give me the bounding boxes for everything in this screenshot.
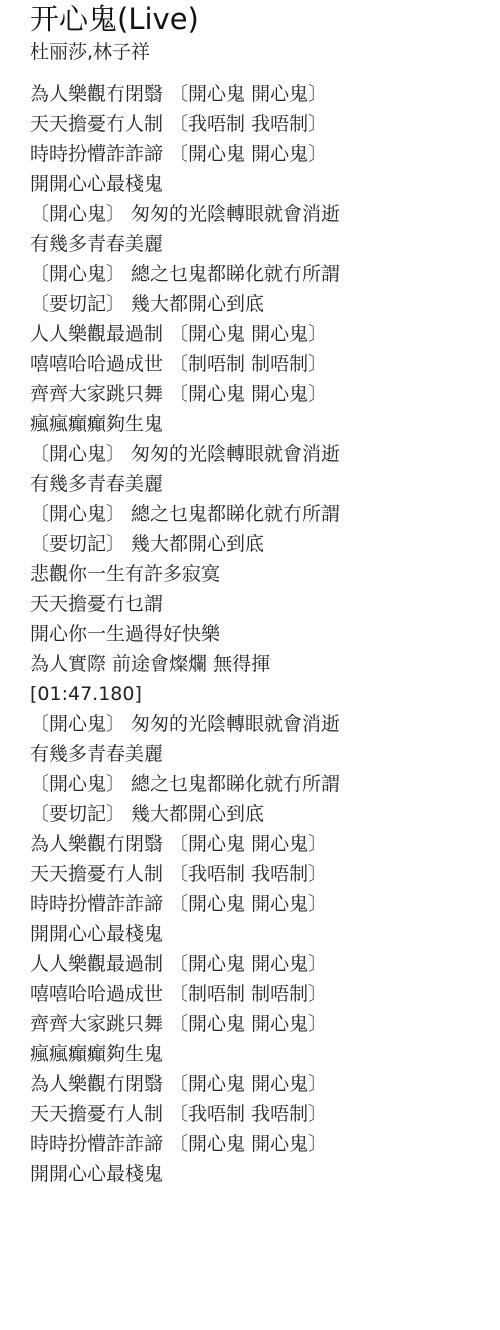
lyric-line: 為人樂觀冇閉翳 〔開心鬼 開心鬼〕	[30, 79, 340, 109]
lyric-line: 時時扮懵詐詐諦 〔開心鬼 開心鬼〕	[30, 1129, 340, 1159]
lyric-line: 嘻嘻哈哈過成世 〔制唔制 制唔制〕	[30, 979, 340, 1009]
lyric-line: 為人實際 前途會燦爛 無得揮	[30, 649, 340, 679]
lyric-line: 為人樂觀冇閉翳 〔開心鬼 開心鬼〕	[30, 829, 340, 859]
lyric-line: 人人樂觀最過制 〔開心鬼 開心鬼〕	[30, 949, 340, 979]
lyric-line: 人人樂觀最過制 〔開心鬼 開心鬼〕	[30, 319, 340, 349]
lyric-line: 嘻嘻哈哈過成世 〔制唔制 制唔制〕	[30, 349, 340, 379]
lyric-line: 為人樂觀冇閉翳 〔開心鬼 開心鬼〕	[30, 1069, 340, 1099]
lyric-line: 〔要切記〕 幾大都開心到底	[30, 799, 340, 829]
song-artist: 杜丽莎,林子祥	[30, 39, 150, 65]
lyric-timestamp: [01:47.180]	[30, 679, 340, 709]
lyric-line: 齊齊大家跳只舞 〔開心鬼 開心鬼〕	[30, 1009, 340, 1039]
lyric-line: 〔要切記〕 幾大都開心到底	[30, 529, 340, 559]
lyric-line: 〔開心鬼〕 匆匆的光陰轉眼就會消逝	[30, 199, 340, 229]
lyric-line: 瘋瘋癲癲夠生鬼	[30, 409, 340, 439]
lyric-line: 有幾多青春美麗	[30, 739, 340, 769]
lyric-line: 開開心心最棧鬼	[30, 1159, 340, 1189]
lyric-line: 〔要切記〕 幾大都開心到底	[30, 289, 340, 319]
lyric-line: 〔開心鬼〕 匆匆的光陰轉眼就會消逝	[30, 709, 340, 739]
lyric-line: 〔開心鬼〕 總之乜鬼都睇化就冇所謂	[30, 769, 340, 799]
song-title: 开心鬼(Live)	[30, 0, 199, 38]
lyric-line: 悲觀你一生有許多寂寞	[30, 559, 340, 589]
lyric-line: 有幾多青春美麗	[30, 229, 340, 259]
lyric-line: 〔開心鬼〕 總之乜鬼都睇化就冇所謂	[30, 259, 340, 289]
lyric-line: 開開心心最棧鬼	[30, 169, 340, 199]
lyric-line: 〔開心鬼〕 匆匆的光陰轉眼就會消逝	[30, 439, 340, 469]
lyric-line: 開開心心最棧鬼	[30, 919, 340, 949]
lyric-line: 天天擔憂冇人制 〔我唔制 我唔制〕	[30, 859, 340, 889]
lyrics-list: 為人樂觀冇閉翳 〔開心鬼 開心鬼〕 天天擔憂冇人制 〔我唔制 我唔制〕 時時扮懵…	[30, 79, 340, 1189]
lyric-line: 瘋瘋癲癲夠生鬼	[30, 1039, 340, 1069]
lyric-line: 時時扮懵詐詐諦 〔開心鬼 開心鬼〕	[30, 139, 340, 169]
lyric-line: 齊齊大家跳只舞 〔開心鬼 開心鬼〕	[30, 379, 340, 409]
lyric-line: 時時扮懵詐詐諦 〔開心鬼 開心鬼〕	[30, 889, 340, 919]
lyric-line: 天天擔憂冇人制 〔我唔制 我唔制〕	[30, 1099, 340, 1129]
lyric-line: 天天擔憂冇人制 〔我唔制 我唔制〕	[30, 109, 340, 139]
lyric-line: 〔開心鬼〕 總之乜鬼都睇化就冇所謂	[30, 499, 340, 529]
lyric-line: 開心你一生過得好快樂	[30, 619, 340, 649]
lyric-line: 天天擔憂冇乜謂	[30, 589, 340, 619]
lyric-line: 有幾多青春美麗	[30, 469, 340, 499]
